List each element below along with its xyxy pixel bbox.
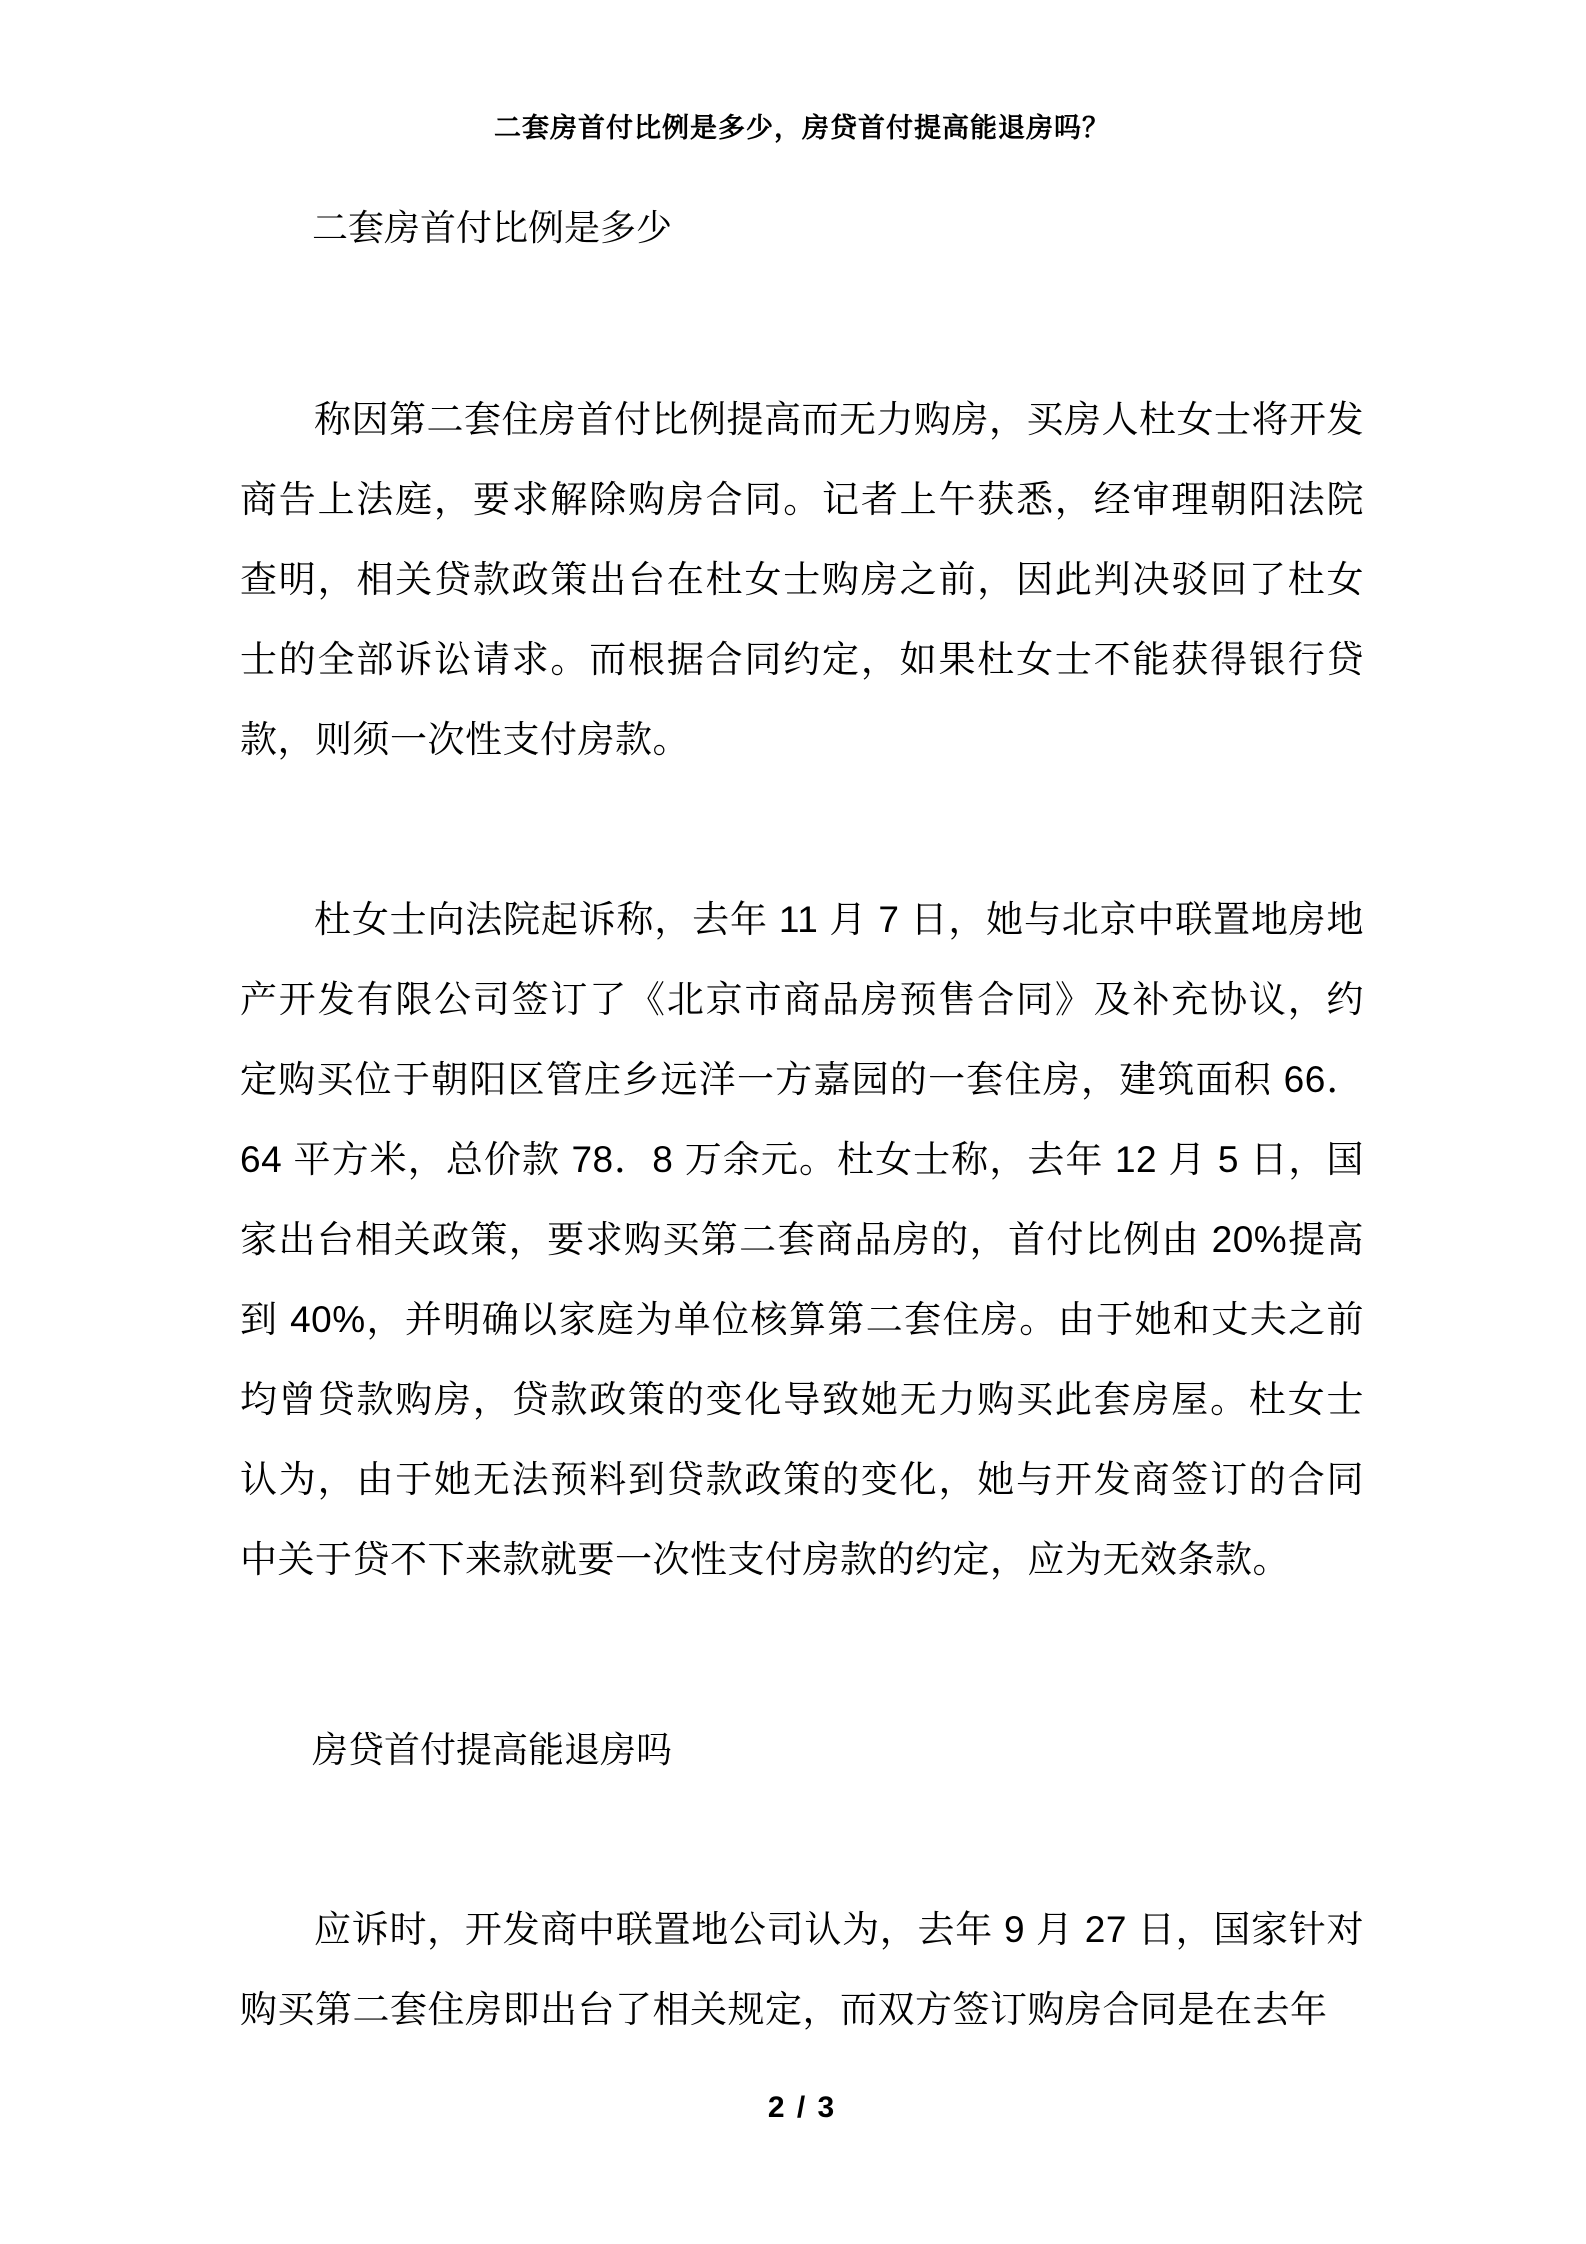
paragraph-2: 杜女士向法院起诉称，去年 11 月 7 日，她与北京中联置地房地产开发有限公司签…	[240, 880, 1364, 1600]
page-number-indicator: 2 / 3	[240, 2086, 1364, 2130]
document-page: 二套房首付比例是多少，房贷首付提高能退房吗？ 二套房首付比例是多少 称因第二套住…	[0, 0, 1586, 2244]
paragraph-1: 称因第二套住房首付比例提高而无力购房，买房人杜女士将开发商告上法庭，要求解除购房…	[240, 380, 1364, 780]
section-heading-1: 二套房首付比例是多少	[240, 188, 1364, 268]
paragraph-3: 应诉时，开发商中联置地公司认为，去年 9 月 27 日，国家针对购买第二套住房即…	[240, 1890, 1364, 2050]
document-header-title: 二套房首付比例是多少，房贷首付提高能退房吗？	[240, 108, 1364, 148]
section-heading-2: 房贷首付提高能退房吗	[240, 1710, 1364, 1790]
